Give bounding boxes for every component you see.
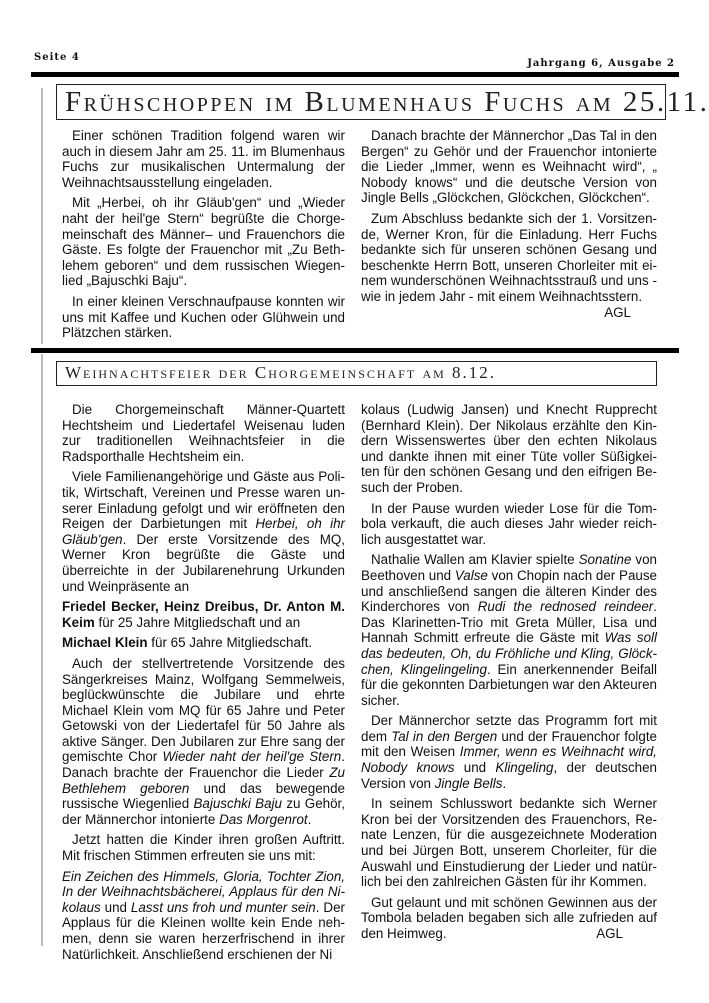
paragraph: In einer kleinen Verschnaufpause konnten… [62,294,345,341]
song-title: Tal in den Bergen [391,729,497,744]
honoree-names: Michael Klein [62,635,148,650]
paragraph: Jetzt hatten die Kinder ihren großen Auf… [62,832,345,863]
song-title: Bajuschki Baju [194,796,282,811]
paragraph: Michael Klein für 65 Jahre Mitgliedschaf… [62,635,345,651]
margin-rule [41,566,43,946]
article1-column-left: Einer schönen Tradition folgend waren wi… [62,128,345,346]
article-title: Weihnachtsfeier der Chorgemeinschaft am … [56,361,657,386]
paragraph: Viele Familienangehörige und Gäste aus P… [62,469,345,594]
newsletter-page: Seite 4 Jahrgang 6, Ausgabe 2 Frühschopp… [0,0,709,1003]
paragraph: Einer schönen Tradition folgend waren wi… [62,128,345,190]
paragraph: In der Pause wurden wieder Lose für die … [361,501,657,548]
paragraph: Die Chorgemeinschaft Männer-Quartett Hec… [62,402,345,464]
article2-column-right: kolaus (Ludwig Jansen) und Knecht Ruppre… [361,402,657,947]
song-title: Wieder naht der heil'ge Stern [162,749,341,764]
song-title: Rudi the rednosed reindeer [478,599,654,614]
song-title: Valse [455,568,488,583]
article1-column-right: Danach brachte der Männerchor „Das Tal i… [361,128,657,325]
paragraph: Danach brachte der Männerchor „Das Tal i… [361,128,657,206]
song-title: Jingle Bells [435,776,503,791]
paragraph: Zum Abschluss bedankte sich der 1. Vorsi… [361,211,657,305]
paragraph: Der Männerchor setzte das Programm fort … [361,713,657,791]
paragraph: Friedel Becker, Heinz Dreibus, Dr. Anton… [62,599,345,630]
margin-rule [41,88,43,344]
paragraph: In seinem Schlusswort bedankte sich Wern… [361,796,657,890]
paragraph: Nathalie Wallen am Klavier spielte Sonat… [361,552,657,708]
song-title: Klingeling [495,760,553,775]
paragraph: Ein Zeichen des Himmels, Gloria, Tochter… [62,869,345,963]
song-title: Lasst uns froh und munter sein [131,900,316,915]
article2-column-left: Die Chorgemeinschaft Männer-Quartett Hec… [62,402,345,967]
paragraph: Gut gelaunt und mit schönen Gewinnen aus… [361,895,657,942]
paragraph: kolaus (Ludwig Jansen) und Knecht Ruppre… [361,402,657,496]
author-signature: AGL [361,305,657,321]
song-title: Das Morgenrot [219,812,308,827]
paragraph: Mit „Herbei, oh ihr Gläub'gen“ und „Wied… [62,195,345,289]
margin-rule [41,354,43,566]
author-signature: AGL [586,926,657,942]
page-number-label: Seite 4 [34,52,80,63]
article-title: Frühschoppen im Blumenhaus Fuchs am 25.1… [56,84,666,120]
section-rule [31,348,679,353]
header-rule [31,72,679,77]
issue-label: Jahrgang 6, Ausgabe 2 [527,58,675,69]
paragraph: Auch der stellvertretende Vorsitzende de… [62,656,345,828]
song-title: Sonatine [579,552,632,567]
